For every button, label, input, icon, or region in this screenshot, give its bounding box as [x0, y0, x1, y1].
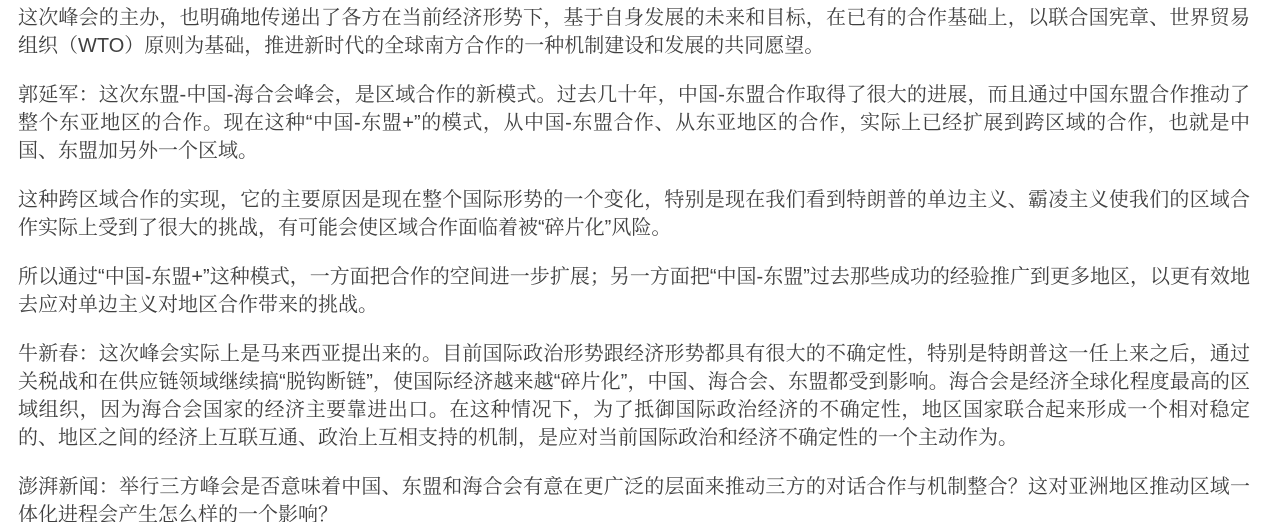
- paragraph-cross-region-cooperation: 这种跨区域合作的实现，它的主要原因是现在整个国际形势的一个变化，特别是现在我们看…: [18, 186, 1250, 242]
- paragraph-summit-common-wish: 这次峰会的主办，也明确地传递出了各方在当前经济形势下，基于自身发展的未来和目标，…: [18, 4, 1250, 60]
- paragraph-thepaper-question: 澎湃新闻：举行三方峰会是否意味着中国、东盟和海合会有意在更广泛的层面来推动三方的…: [18, 473, 1250, 522]
- paragraph-guo-yanjun-answer: 郭延军：这次东盟-中国-海合会峰会，是区域合作的新模式。过去几十年，中国-东盟合…: [18, 81, 1250, 165]
- paragraph-niu-xinchun-answer: 牛新春：这次峰会实际上是马来西亚提出来的。目前国际政治形势跟经济形势都具有很大的…: [18, 340, 1250, 452]
- paragraph-china-asean-plus-model: 所以通过“中国-东盟+”这种模式，一方面把合作的空间进一步扩展；另一方面把“中国…: [18, 263, 1250, 319]
- article-body: 这次峰会的主办，也明确地传递出了各方在当前经济形势下，基于自身发展的未来和目标，…: [0, 0, 1268, 522]
